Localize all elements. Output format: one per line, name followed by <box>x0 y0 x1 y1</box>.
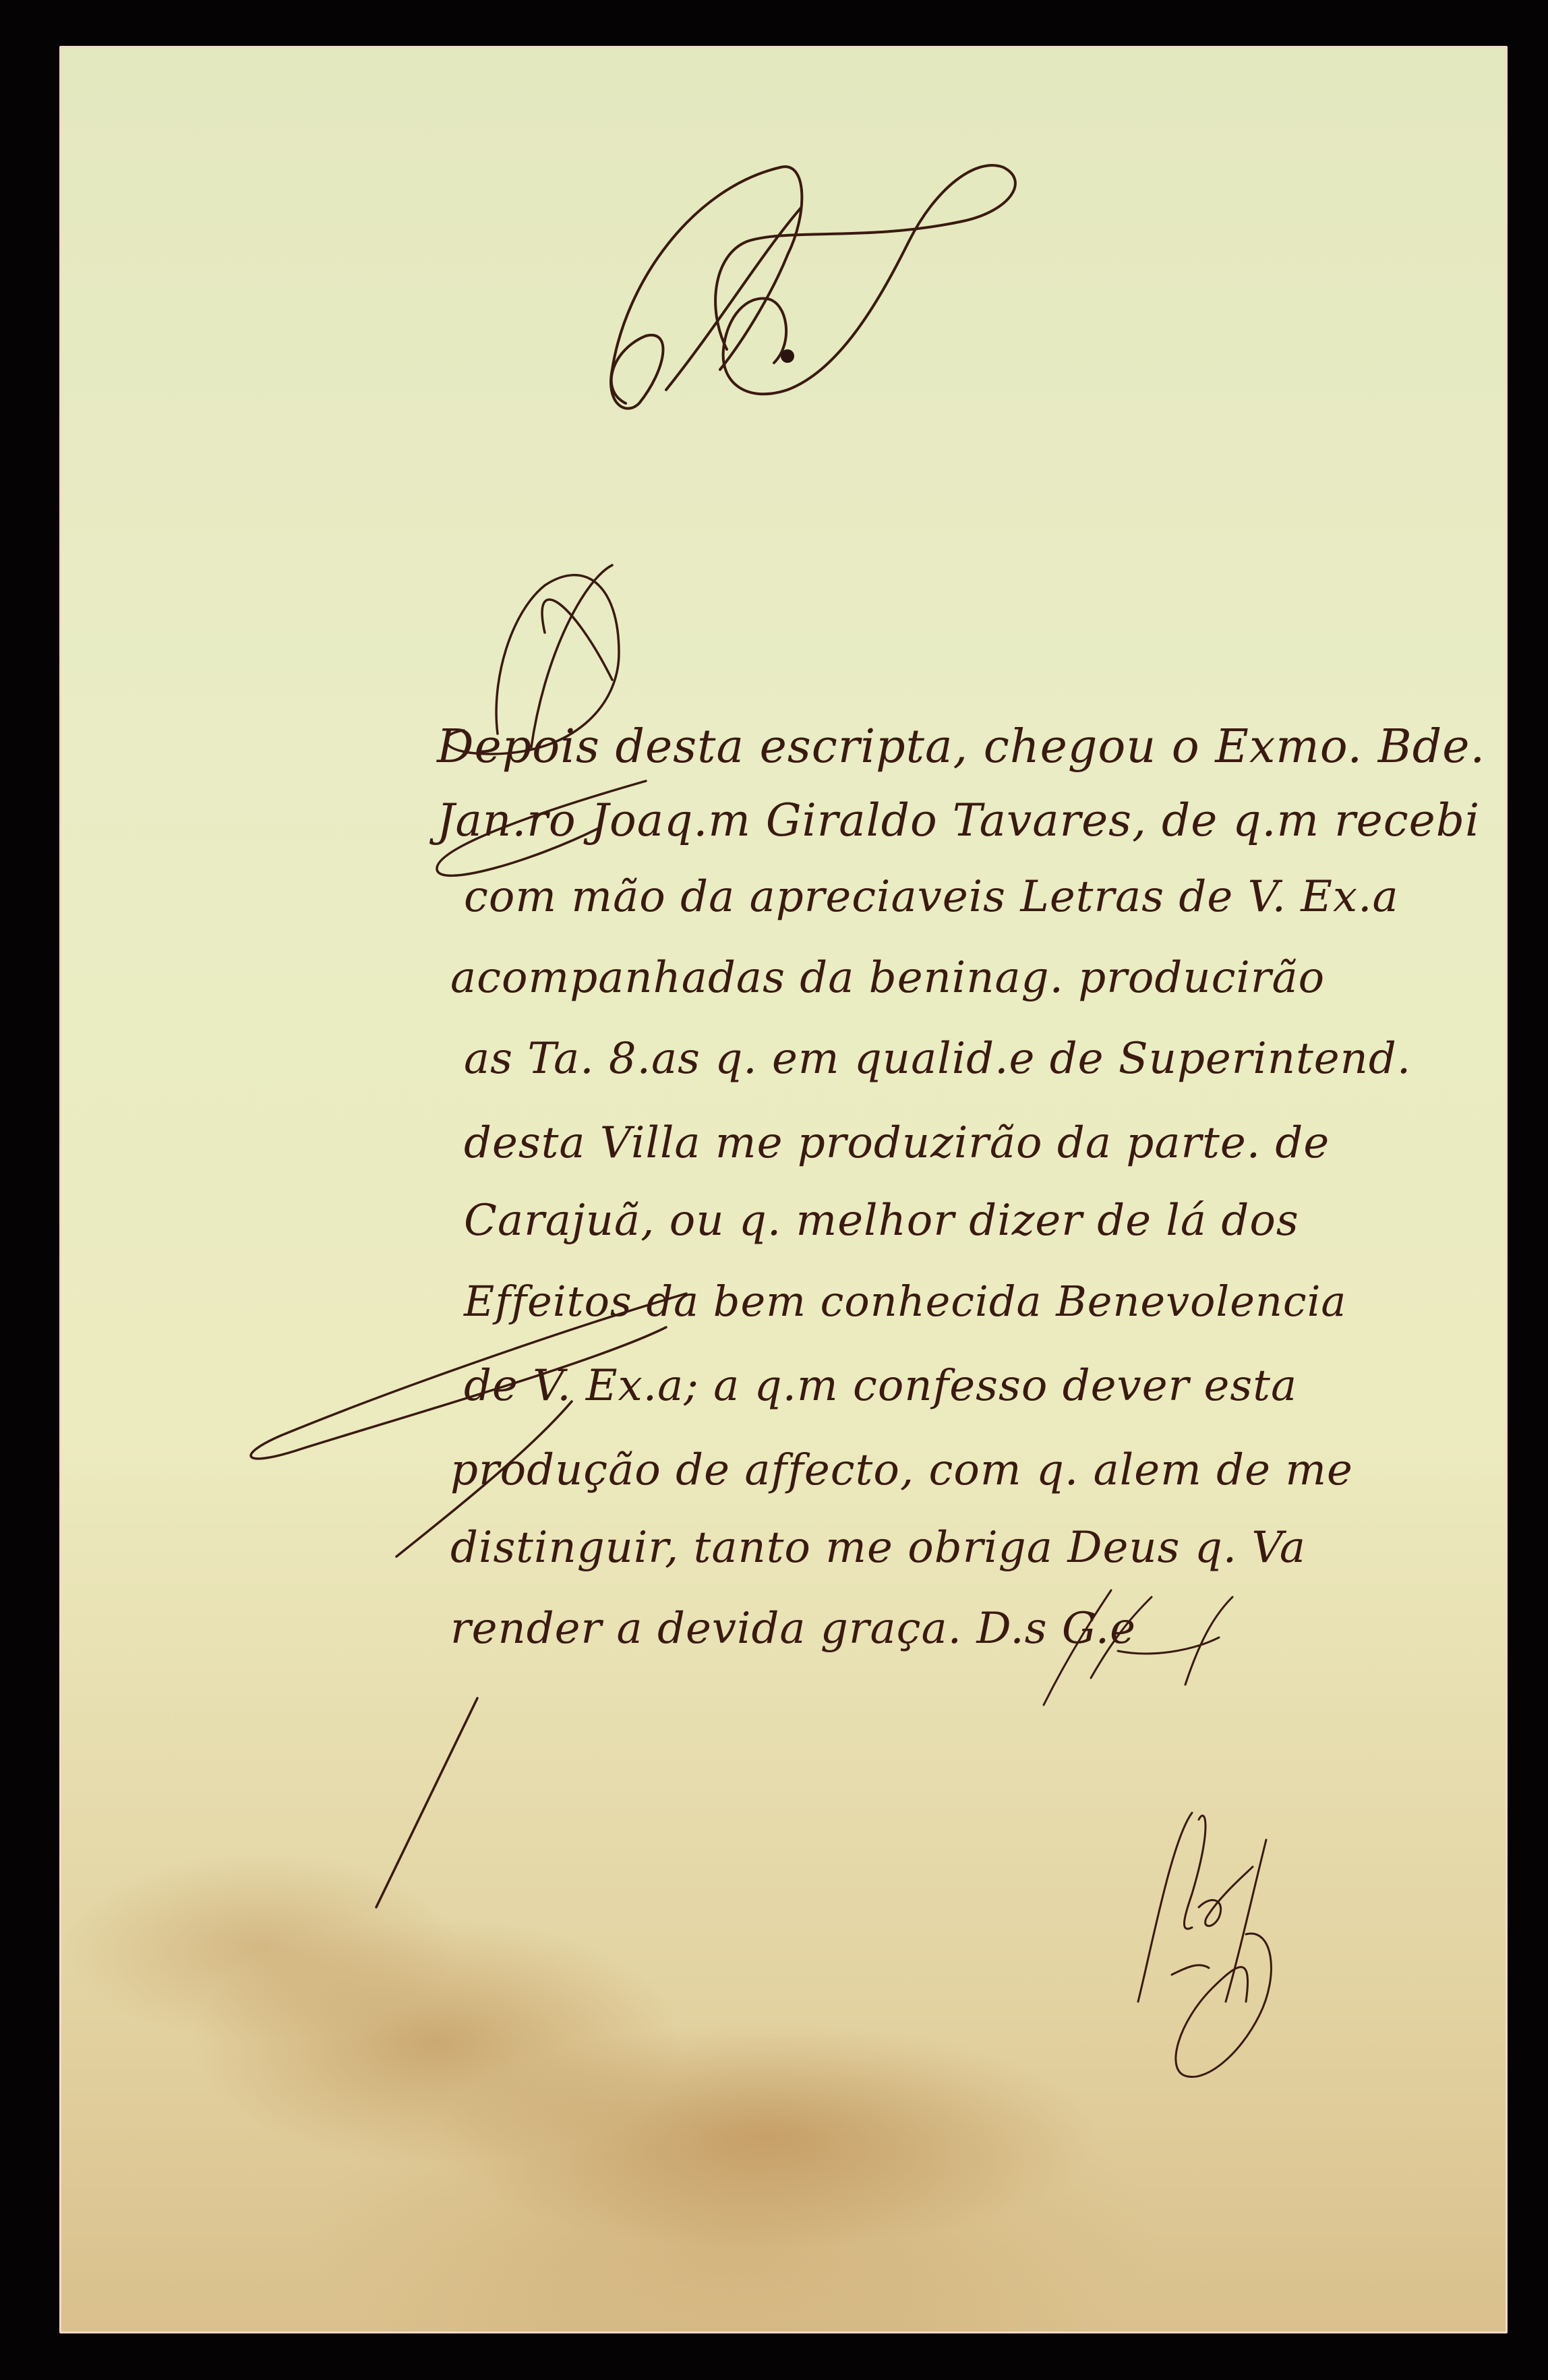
monogram-ers-icon <box>585 147 1057 417</box>
letter-line-7: Carajuã, ou q. melhor dizer de lá dos <box>464 1196 1299 1246</box>
letter-line-4: acompanhadas da beninag. producirão <box>450 953 1325 1003</box>
letter-line-6: desta Villa me produzirão da parte. de <box>464 1118 1330 1168</box>
letter-line-10: produção de affecto, com q. alem de me <box>450 1445 1353 1495</box>
letter-line-8: Effeitos da bem conhecida Benevolencia <box>464 1277 1346 1326</box>
letter-line-3: com mão da apreciaveis Letras de V. Ex.a <box>464 872 1399 922</box>
letter-line-2: Jan.ro Joaq.m Giraldo Tavares, de q.m re… <box>437 794 1480 846</box>
document-paper: Depois desta escripta, chegou o Exmo. Bd… <box>59 46 1508 2333</box>
letter-line-5: as Ta. 8.as q. em qualid.e de Superinten… <box>464 1034 1411 1084</box>
letter-line-11: distinguir, tanto me obriga Deus q. Va <box>450 1523 1306 1573</box>
letter-line-1: Depois desta escripta, chegou o Exmo. Bd… <box>437 720 1485 774</box>
letter-line-9: de V. Ex.a; a q.m confesso dever esta <box>464 1361 1297 1411</box>
signature-icon <box>1111 1799 1313 2103</box>
closing-flourish-icon <box>1017 1570 1286 1718</box>
